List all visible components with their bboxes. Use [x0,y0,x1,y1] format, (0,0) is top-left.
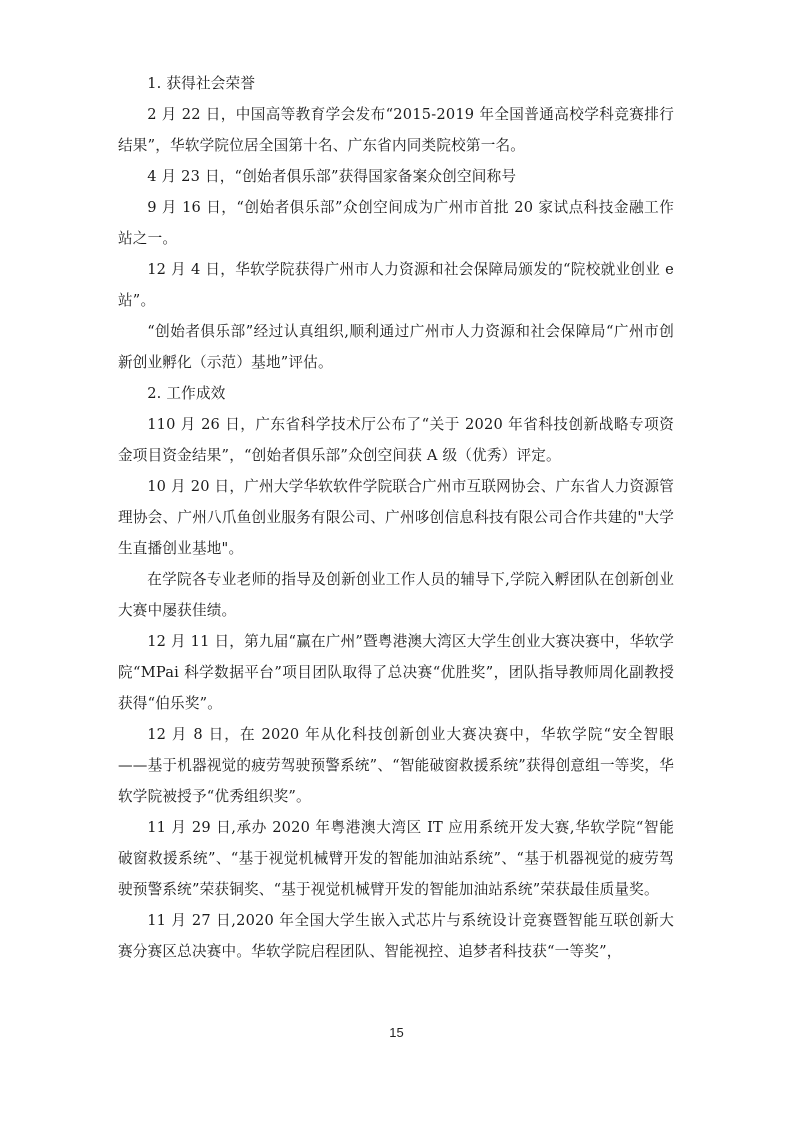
paragraph: 11 月 27 日,2020 年全国大学生嵌入式芯片与系统设计竞赛暨智能互联创新… [118,905,674,967]
paragraph: 9 月 16 日，“创始者俱乐部”众创空间成为广州市首批 20 家试点科技金融工… [118,192,674,254]
page-number: 15 [0,1025,793,1040]
paragraph: 11 月 29 日,承办 2020 年粤港澳大湾区 IT 应用系统开发大赛,华软… [118,812,674,905]
section-heading-results: 2. 工作成效 [118,378,674,409]
paragraph: 12 月 8 日，在 2020 年从化科技创新创业大赛决赛中，华软学院“安全智眼… [118,719,674,812]
paragraph: 110 月 26 日，广东省科学技术厅公布了“关于 2020 年省科技创新战略专… [118,409,674,471]
section-heading-honors: 1. 获得社会荣誉 [118,68,674,99]
paragraph: 12 月 11 日，第九届“赢在广州”暨粤港澳大湾区大学生创业大赛决赛中，华软学… [118,626,674,719]
paragraph: 2 月 22 日，中国高等教育学会发布“2015-2019 年全国普通高校学科竞… [118,99,674,161]
paragraph: 4 月 23 日，“创始者俱乐部”获得国家备案众创空间称号 [118,161,674,192]
paragraph: 在学院各专业老师的指导及创新创业工作人员的辅导下,学院入孵团队在创新创业大赛中屡… [118,564,674,626]
paragraph: 10 月 20 日，广州大学华软软件学院联合广州市互联网协会、广东省人力资源管理… [118,471,674,564]
paragraph: “创始者俱乐部”经过认真组织,顺利通过广州市人力资源和社会保障局“广州市创新创业… [118,316,674,378]
document-page: 1. 获得社会荣誉 2 月 22 日，中国高等教育学会发布“2015-2019 … [118,68,674,967]
paragraph: 12 月 4 日，华软学院获得广州市人力资源和社会保障局颁发的“院校就业创业 e… [118,254,674,316]
